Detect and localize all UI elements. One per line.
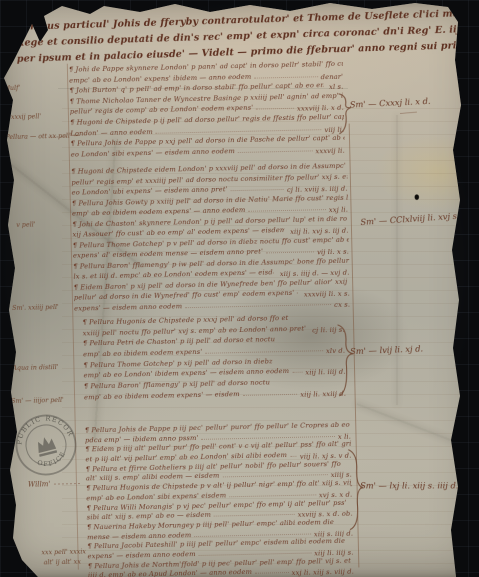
margin-note: Sm' — iiijor pell' — [11, 397, 64, 405]
entry-amount: xiij li. xvj s. iij d. — [290, 227, 349, 236]
leader-line — [199, 552, 312, 555]
entry-section-3: ¶ Pellura Hugonis de Chipstede p xxxj pe… — [82, 313, 346, 404]
leader-line — [156, 129, 322, 134]
leader-line — [254, 76, 317, 78]
entry-amount: denar' — [321, 72, 344, 80]
entry-amount: xvj s. x d. — [319, 490, 353, 499]
entry-amount: xxxviij li. x s. — [304, 290, 350, 299]
account-heading: Compus particul' Johis de fferyby contra… — [16, 8, 473, 70]
entry-amount: xlv d. — [326, 347, 345, 355]
entry-amount: cj li. xviij s. iiij d. — [287, 185, 348, 194]
leader-line — [229, 494, 316, 497]
leader-line — [214, 514, 295, 517]
leader-line — [201, 436, 334, 440]
leader-line — [238, 150, 313, 153]
entry-text: pdca emp' — ibidem anno pssm' — [85, 434, 199, 444]
margin-note: xxx pell' xxxix — [41, 548, 86, 556]
leader-line — [205, 350, 323, 354]
crown-icon — [35, 435, 57, 457]
parchment-sheet: Compus particul' Johis de fferyby contra… — [0, 0, 479, 577]
margin-note: Aqua in distill' — [12, 364, 58, 372]
section-sum-4: Sm' — lxj li. xiij s. iiij d. — [360, 480, 458, 490]
entry-amount: xiij s. iiij d. — xvj d. — [280, 269, 350, 279]
entry-amount: xiij li. xxiij d. — [300, 390, 346, 399]
entry-text: emp' ab eo ibidem eodem expens' — [83, 348, 202, 359]
entry-amount: xiij li. iiij d. — [305, 368, 345, 377]
leader-line — [231, 189, 284, 191]
leader-line — [275, 340, 345, 342]
leader-line — [292, 372, 302, 373]
entry-amount: viij li. xj s. v d. — [300, 452, 352, 461]
leader-line — [185, 304, 331, 308]
leader-line — [255, 572, 289, 574]
entry-amount: xxj li. — [329, 206, 348, 214]
wormhole — [415, 194, 420, 200]
entry-amount: xiij s. iiij d. — [314, 529, 353, 538]
entry-amount: xxviij s. x d. ob. — [298, 510, 353, 519]
entry-amount: xxj li. xiij s. viij d. — [292, 568, 354, 577]
margin-note: v pell' — [16, 221, 35, 228]
margin-note: Pellura — ott xx pell' — — [5, 132, 80, 141]
ink-dash — [400, 112, 417, 113]
entry-amount: xxxviij li. x d. — [297, 104, 344, 113]
entry-amount: xiiij s. — [331, 471, 352, 479]
photo-of-medieval-parchment: Compus particul' Johis de fferyby contra… — [0, 0, 479, 577]
entry-section-2: ¶ Hugoni de Chipstede eidem London' p xx… — [71, 162, 350, 315]
entry-text: expens' — eisdem anno eodem — [87, 550, 195, 560]
margin-note: Sm'. xxiiij pell' — [12, 304, 59, 312]
note-connector — [54, 483, 82, 484]
leader-line — [266, 251, 314, 253]
leader-line — [223, 475, 328, 478]
entry-amount: cx s. — [334, 300, 350, 308]
leader-line — [273, 361, 346, 363]
entry-amount: xxxvij li. — [315, 146, 345, 155]
entry-amount: xiij li. iiij s. — [314, 549, 354, 558]
entry-amount: x li. — [338, 432, 351, 440]
entry-text: expens' — eisdem anno eodem — [74, 302, 182, 312]
manuscript-ink-layer: Compus particul' Johis de fferyby contra… — [0, 0, 479, 577]
leader-line — [248, 209, 325, 212]
leader-line — [243, 394, 298, 396]
leader-line — [270, 383, 346, 385]
entry-text: London' — anno eodem — [70, 127, 153, 137]
entry-amount: xl s. — [329, 83, 344, 91]
entry-amount: viij li. — [324, 125, 344, 133]
leader-line — [194, 533, 311, 537]
margin-note: alt' ij alt' xx — [44, 559, 81, 567]
entry-section-1: ¶ Johi de Pappe skynnere London' p pann'… — [69, 60, 345, 161]
entry-amount: vij li. x s. — [317, 248, 349, 257]
leader-line — [290, 456, 297, 457]
entry-section-4: ¶ Pellura Johis de Pappe p iij pec' pell… — [85, 421, 354, 577]
leader-line — [256, 108, 294, 110]
entry-amount: cj li. iij s. — [312, 325, 345, 334]
entry-text: mense — eisdem anno eodem — [87, 531, 191, 541]
section-sum-3: Sm' — lvij li. xj d. — [350, 343, 423, 356]
section-sum-1: Sm' — Cxxxj li. x d. — [350, 96, 431, 110]
leader-line — [288, 319, 344, 320]
